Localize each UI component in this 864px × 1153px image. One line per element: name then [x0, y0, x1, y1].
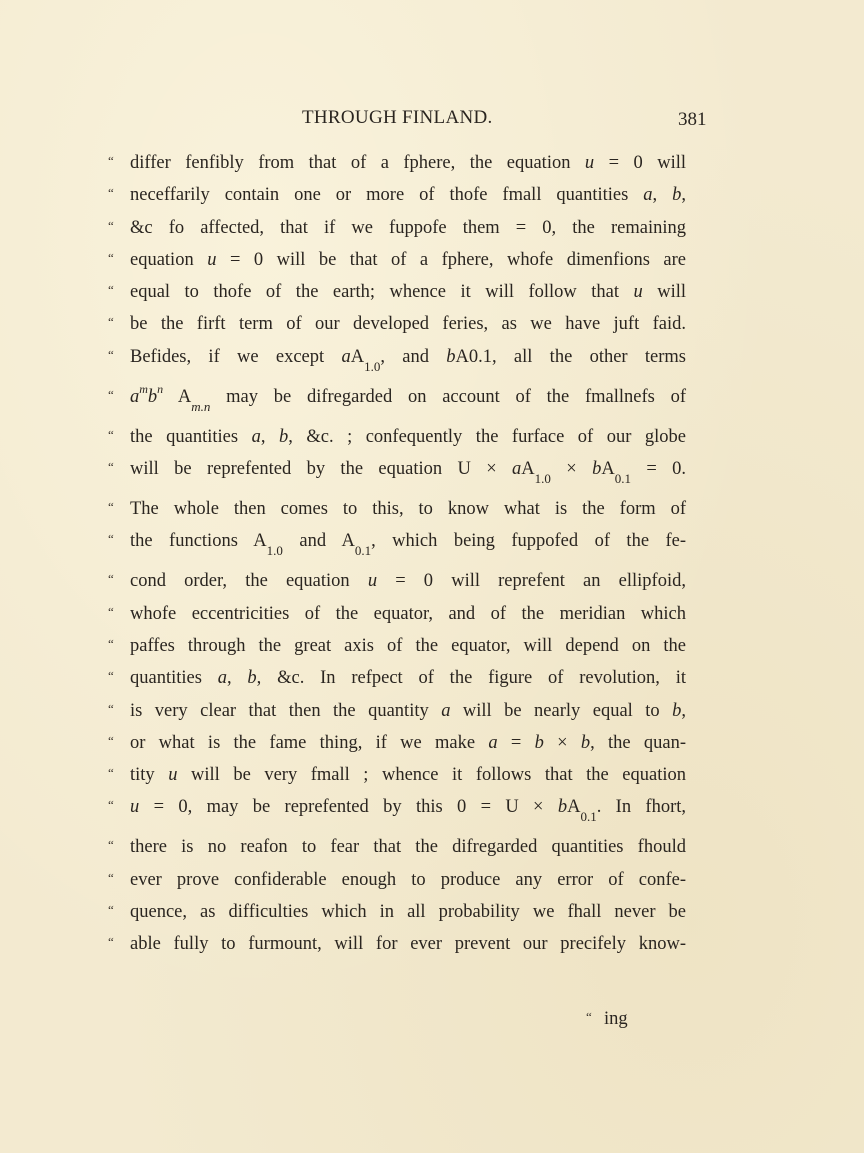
text-line: “able fully to furmount, will for ever p…: [108, 926, 688, 958]
quote-mark: “: [108, 523, 130, 555]
text-line: “quantities a, b, &c. In refpect of the …: [108, 660, 688, 692]
text-line: “quence, as difficulties which in all pr…: [108, 894, 688, 926]
text-line: “u = 0, may be reprefented by this 0 = U…: [108, 789, 688, 829]
quote-mark: “: [108, 725, 130, 757]
text-line: “equation u = 0 will be that of a fphere…: [108, 242, 688, 274]
quote-mark: “: [108, 306, 130, 338]
text-line: “will be reprefented by the equation U ×…: [108, 451, 688, 491]
text-line: “cond order, the equation u = 0 will rep…: [108, 563, 688, 595]
quote-mark: “: [108, 451, 130, 483]
text-line: “paffes through the great axis of the eq…: [108, 628, 688, 660]
quote-mark: “: [108, 339, 130, 371]
quote-mark: “: [108, 829, 130, 861]
quote-mark: “: [108, 926, 130, 958]
text-line: “equal to thofe of the earth; whence it …: [108, 274, 688, 306]
text-line: “be the firft term of our developed feri…: [108, 306, 688, 338]
quote-mark: “: [108, 274, 130, 306]
quote-mark: “: [108, 660, 130, 692]
text-line: “tity u will be very fmall ; whence it f…: [108, 757, 688, 789]
text-line: “differ fenfibly from that of a fphere, …: [108, 145, 688, 177]
text-line: “The whole then comes to this, to know w…: [108, 491, 688, 523]
body-text: “differ fenfibly from that of a fphere, …: [108, 145, 688, 959]
running-title: THROUGH FINLAND.: [302, 107, 493, 129]
running-head: THROUGH FINLAND. 381: [0, 107, 864, 135]
quote-mark: “: [108, 628, 130, 660]
text-line: “ambn Am.n may be difregarded on account…: [108, 379, 688, 419]
quote-mark: “: [586, 1009, 604, 1025]
text-line: “the quantities a, b, &c. ; confequently…: [108, 419, 688, 451]
text-line: “or what is the fame thing, if we make a…: [108, 725, 688, 757]
book-page: THROUGH FINLAND. 381 “differ fenfibly fr…: [0, 0, 864, 1153]
quote-mark: “: [108, 563, 130, 595]
quote-mark: “: [108, 177, 130, 209]
text-line: “the functions A1.0 and A0.1, which bein…: [108, 523, 688, 563]
text-line: “&c fo affected, that if we fuppofe them…: [108, 210, 688, 242]
quote-mark: “: [108, 757, 130, 789]
text-line: “neceffarily contain one or more of thof…: [108, 177, 688, 209]
quote-mark: “: [108, 596, 130, 628]
text-line: “Befides, if we except aA1.0, and bA0.1,…: [108, 339, 688, 379]
quote-mark: “: [108, 379, 130, 411]
quote-mark: “: [108, 419, 130, 451]
catchword: “ing: [586, 1009, 628, 1030]
quote-mark: “: [108, 693, 130, 725]
quote-mark: “: [108, 789, 130, 821]
quote-mark: “: [108, 145, 130, 177]
quote-mark: “: [108, 491, 130, 523]
quote-mark: “: [108, 894, 130, 926]
text-line: “whofe eccentricities of the equator, an…: [108, 596, 688, 628]
text-line: “is very clear that then the quantity a …: [108, 693, 688, 725]
quote-mark: “: [108, 862, 130, 894]
quote-mark: “: [108, 210, 130, 242]
text-line: “ever prove confiderable enough to produ…: [108, 862, 688, 894]
quote-mark: “: [108, 242, 130, 274]
text-line: “there is no reafon to fear that the dif…: [108, 829, 688, 861]
page-number: 381: [678, 109, 707, 131]
